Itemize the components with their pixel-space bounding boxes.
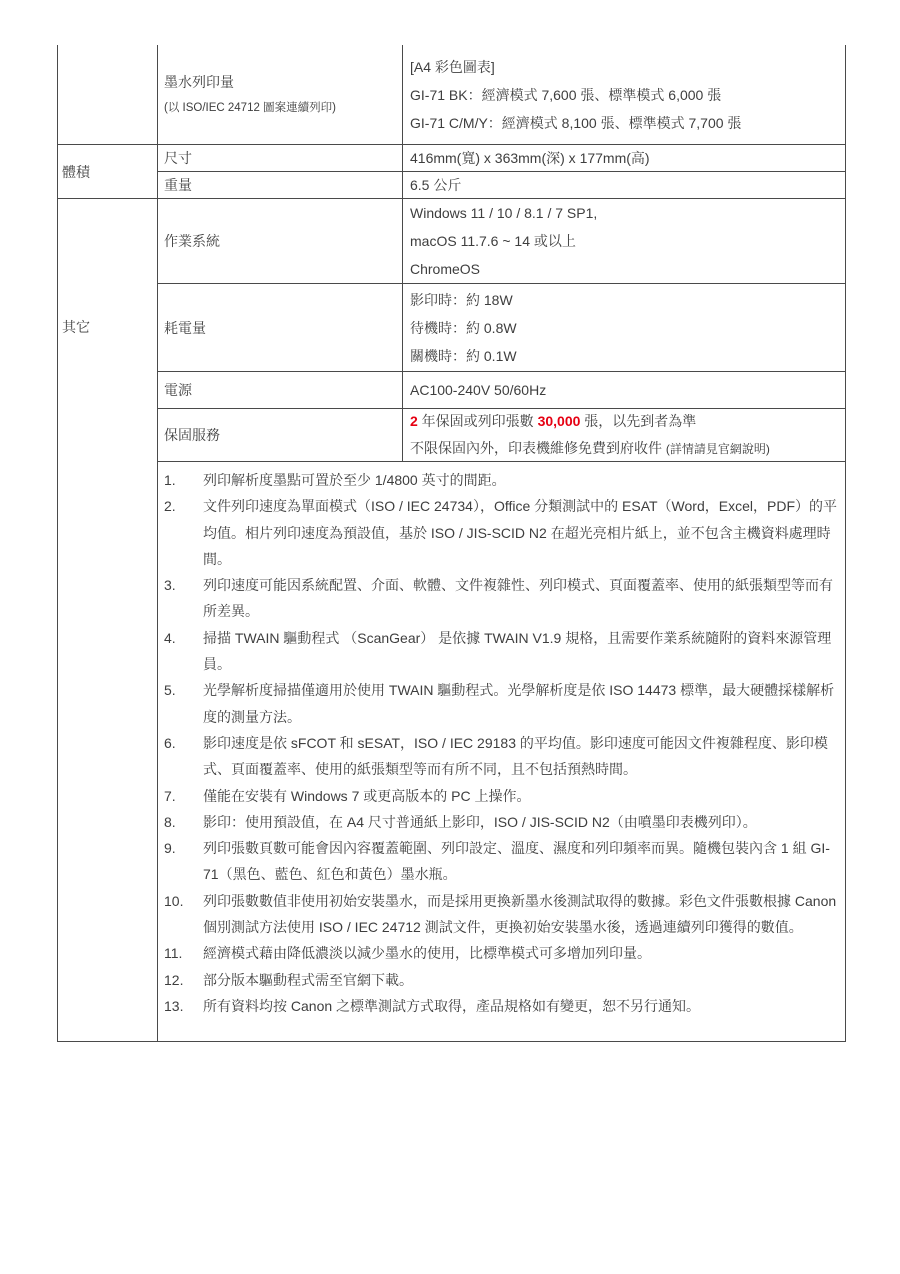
warranty-line-2-text: 不限保固內外，印表機維修免費到府收件: [410, 440, 666, 456]
category-label: 體積: [62, 162, 157, 182]
footnote-text: 經濟模式藉由降低濃淡以減少墨水的使用，比標準模式可多增加列印量。: [203, 940, 839, 966]
footnote-text: 列印速度可能因系統配置、介面、軟體、文件複雜性、列印模式、頁面覆蓋率、使用的紙張…: [203, 572, 839, 625]
spec-label-power-supply: 電源: [158, 372, 403, 409]
spec-value-warranty: 2 年保固或列印張數 30,000 張，以先到者為準 不限保固內外，印表機維修免…: [403, 409, 846, 462]
spec-value-power-supply: AC100-240V 50/60Hz: [403, 372, 846, 409]
footnote-number: 1.: [164, 467, 203, 493]
footnote-text: 影印：使用預設值，在 A4 尺寸普通紙上影印，ISO / JIS-SCID N2…: [203, 809, 839, 835]
category-cell-volume: 體積: [58, 145, 158, 199]
footnote-item-2: 2. 文件列印速度為單面模式（ISO / IEC 24734），Office 分…: [164, 493, 839, 572]
spec-label-dimensions: 尺寸: [158, 145, 403, 172]
category-label: 其它: [62, 317, 157, 337]
footnote-number: 8.: [164, 809, 203, 835]
footnote-number: 5.: [164, 677, 203, 730]
footnote-text: 部分版本驅動程式需至官網下載。: [203, 967, 839, 993]
spec-label-text: 保固服務: [164, 425, 402, 445]
footnote-item-3: 3. 列印速度可能因系統配置、介面、軟體、文件複雜性、列印模式、頁面覆蓋率、使用…: [164, 572, 839, 625]
footnote-number: 9.: [164, 835, 203, 888]
footnote-item-13: 13. 所有資料均按 Canon 之標準測試方式取得，產品規格如有變更，恕不另行…: [164, 993, 839, 1019]
footnote-text: 列印解析度墨點可置於至少 1/4800 英寸的間距。: [203, 467, 839, 493]
spec-label-warranty: 保固服務: [158, 409, 403, 462]
spec-label-power-consumption: 耗電量: [158, 284, 403, 372]
spec-sheet-page: { "colors": { "accent_red": "#e60012", "…: [0, 0, 900, 1274]
spec-label-ink-yield: 墨水列印量 (以 ISO/IEC 24712 圖案連續列印): [158, 45, 403, 145]
footnote-number: 6.: [164, 730, 203, 783]
value-line: 待機時：約 0.8W: [410, 314, 845, 342]
footnote-text: 光學解析度掃描僅適用於使用 TWAIN 驅動程式。光學解析度是依 ISO 144…: [203, 677, 839, 730]
warranty-line-2-note: (詳情請見官網說明): [666, 442, 770, 456]
footnote-item-1: 1. 列印解析度墨點可置於至少 1/4800 英寸的間距。: [164, 467, 839, 493]
spec-table: 體積 其它 墨水列印量 (以 ISO/IEC 24712 圖案連續列印) [A4…: [57, 45, 847, 1042]
value-line: [A4 彩色圖表]: [410, 53, 845, 81]
value-line: GI-71 BK：經濟模式 7,600 張、標準模式 6,000 張: [410, 81, 845, 109]
category-cell-others: 其它: [58, 199, 158, 1042]
footnote-text: 列印張數頁數可能會因內容覆蓋範圍、列印設定、溫度、濕度和列印頻率而異。隨機包裝內…: [203, 835, 839, 888]
value-line: Windows 11 / 10 / 8.1 / 7 SP1,: [410, 199, 845, 227]
value-line: ChromeOS: [410, 255, 845, 283]
spec-label-text: 耗電量: [164, 318, 402, 338]
value-line: 6.5 公斤: [410, 172, 845, 199]
footnote-number: 10.: [164, 888, 203, 941]
footnote-text: 文件列印速度為單面模式（ISO / IEC 24734），Office 分類測試…: [203, 493, 839, 572]
warranty-years-highlight: 2: [410, 413, 418, 429]
footnote-number: 3.: [164, 572, 203, 625]
spec-label-text: 尺寸: [164, 148, 402, 168]
category-cell-continued: [58, 45, 158, 145]
footnote-item-8: 8. 影印：使用預設值，在 A4 尺寸普通紙上影印，ISO / JIS-SCID…: [164, 809, 839, 835]
footnote-item-5: 5. 光學解析度掃描僅適用於使用 TWAIN 驅動程式。光學解析度是依 ISO …: [164, 677, 839, 730]
spec-value-power-consumption: 影印時：約 18W 待機時：約 0.8W 關機時：約 0.1W: [403, 284, 846, 372]
spec-label-note: (以 ISO/IEC 24712 圖案連續列印): [164, 98, 402, 118]
footnote-number: 11.: [164, 940, 203, 966]
spec-label-weight: 重量: [158, 172, 403, 199]
value-line: 影印時：約 18W: [410, 286, 845, 314]
value-line: 關機時：約 0.1W: [410, 342, 845, 370]
footnote-text: 影印速度是依 sFCOT 和 sESAT，ISO / IEC 29183 的平均…: [203, 730, 839, 783]
value-line: 416mm(寬) x 363mm(深) x 177mm(高): [410, 145, 845, 172]
spec-label-text: 墨水列印量: [164, 72, 402, 92]
spec-value-weight: 6.5 公斤: [403, 172, 846, 199]
warranty-line-1-suffix: 張，以先到者為準: [580, 413, 696, 429]
warranty-pages-highlight: 30,000: [538, 413, 581, 429]
spec-value-os: Windows 11 / 10 / 8.1 / 7 SP1, macOS 11.…: [403, 199, 846, 284]
footnote-text: 僅能在安裝有 Windows 7 或更高版本的 PC 上操作。: [203, 783, 839, 809]
spec-value-dimensions: 416mm(寬) x 363mm(深) x 177mm(高): [403, 145, 846, 172]
footnote-text: 列印張數數值非使用初始安裝墨水，而是採用更換新墨水後測試取得的數據。彩色文件張數…: [203, 888, 839, 941]
footnote-item-10: 10. 列印張數數值非使用初始安裝墨水，而是採用更換新墨水後測試取得的數據。彩色…: [164, 888, 839, 941]
footnote-item-4: 4. 掃描 TWAIN 驅動程式 （ScanGear） 是依據 TWAIN V1…: [164, 625, 839, 678]
footnote-number: 13.: [164, 993, 203, 1019]
footnote-item-9: 9. 列印張數頁數可能會因內容覆蓋範圍、列印設定、溫度、濕度和列印頻率而異。隨機…: [164, 835, 839, 888]
spec-label-text: 重量: [164, 175, 402, 195]
spec-label-text: 電源: [164, 380, 402, 400]
spec-label-os: 作業系統: [158, 199, 403, 284]
footnote-item-6: 6. 影印速度是依 sFCOT 和 sESAT，ISO / IEC 29183 …: [164, 730, 839, 783]
footnote-item-7: 7. 僅能在安裝有 Windows 7 或更高版本的 PC 上操作。: [164, 783, 839, 809]
footnote-item-12: 12. 部分版本驅動程式需至官網下載。: [164, 967, 839, 993]
footnote-text: 所有資料均按 Canon 之標準測試方式取得，產品規格如有變更，恕不另行通知。: [203, 993, 839, 1019]
warranty-line-1-mid: 年保固或列印張數: [418, 413, 538, 429]
footnote-number: 12.: [164, 967, 203, 993]
warranty-line-2: 不限保固內外，印表機維修免費到府收件 (詳情請見官網說明): [410, 435, 845, 463]
value-line: GI-71 C/M/Y：經濟模式 8,100 張、標準模式 7,700 張: [410, 109, 845, 137]
footnote-text: 掃描 TWAIN 驅動程式 （ScanGear） 是依據 TWAIN V1.9 …: [203, 625, 839, 678]
warranty-line-1: 2 年保固或列印張數 30,000 張，以先到者為準: [410, 409, 845, 435]
value-line: AC100-240V 50/60Hz: [410, 376, 845, 404]
value-line: macOS 11.7.6 ~ 14 或以上: [410, 227, 845, 255]
spec-value-ink-yield: [A4 彩色圖表] GI-71 BK：經濟模式 7,600 張、標準模式 6,0…: [403, 45, 846, 145]
spec-label-text: 作業系統: [164, 231, 402, 251]
footnote-number: 4.: [164, 625, 203, 678]
footnote-number: 2.: [164, 493, 203, 572]
footnotes-section: 1. 列印解析度墨點可置於至少 1/4800 英寸的間距。 2. 文件列印速度為…: [158, 462, 846, 1042]
footnote-item-11: 11. 經濟模式藉由降低濃淡以減少墨水的使用，比標準模式可多增加列印量。: [164, 940, 839, 966]
footnote-number: 7.: [164, 783, 203, 809]
